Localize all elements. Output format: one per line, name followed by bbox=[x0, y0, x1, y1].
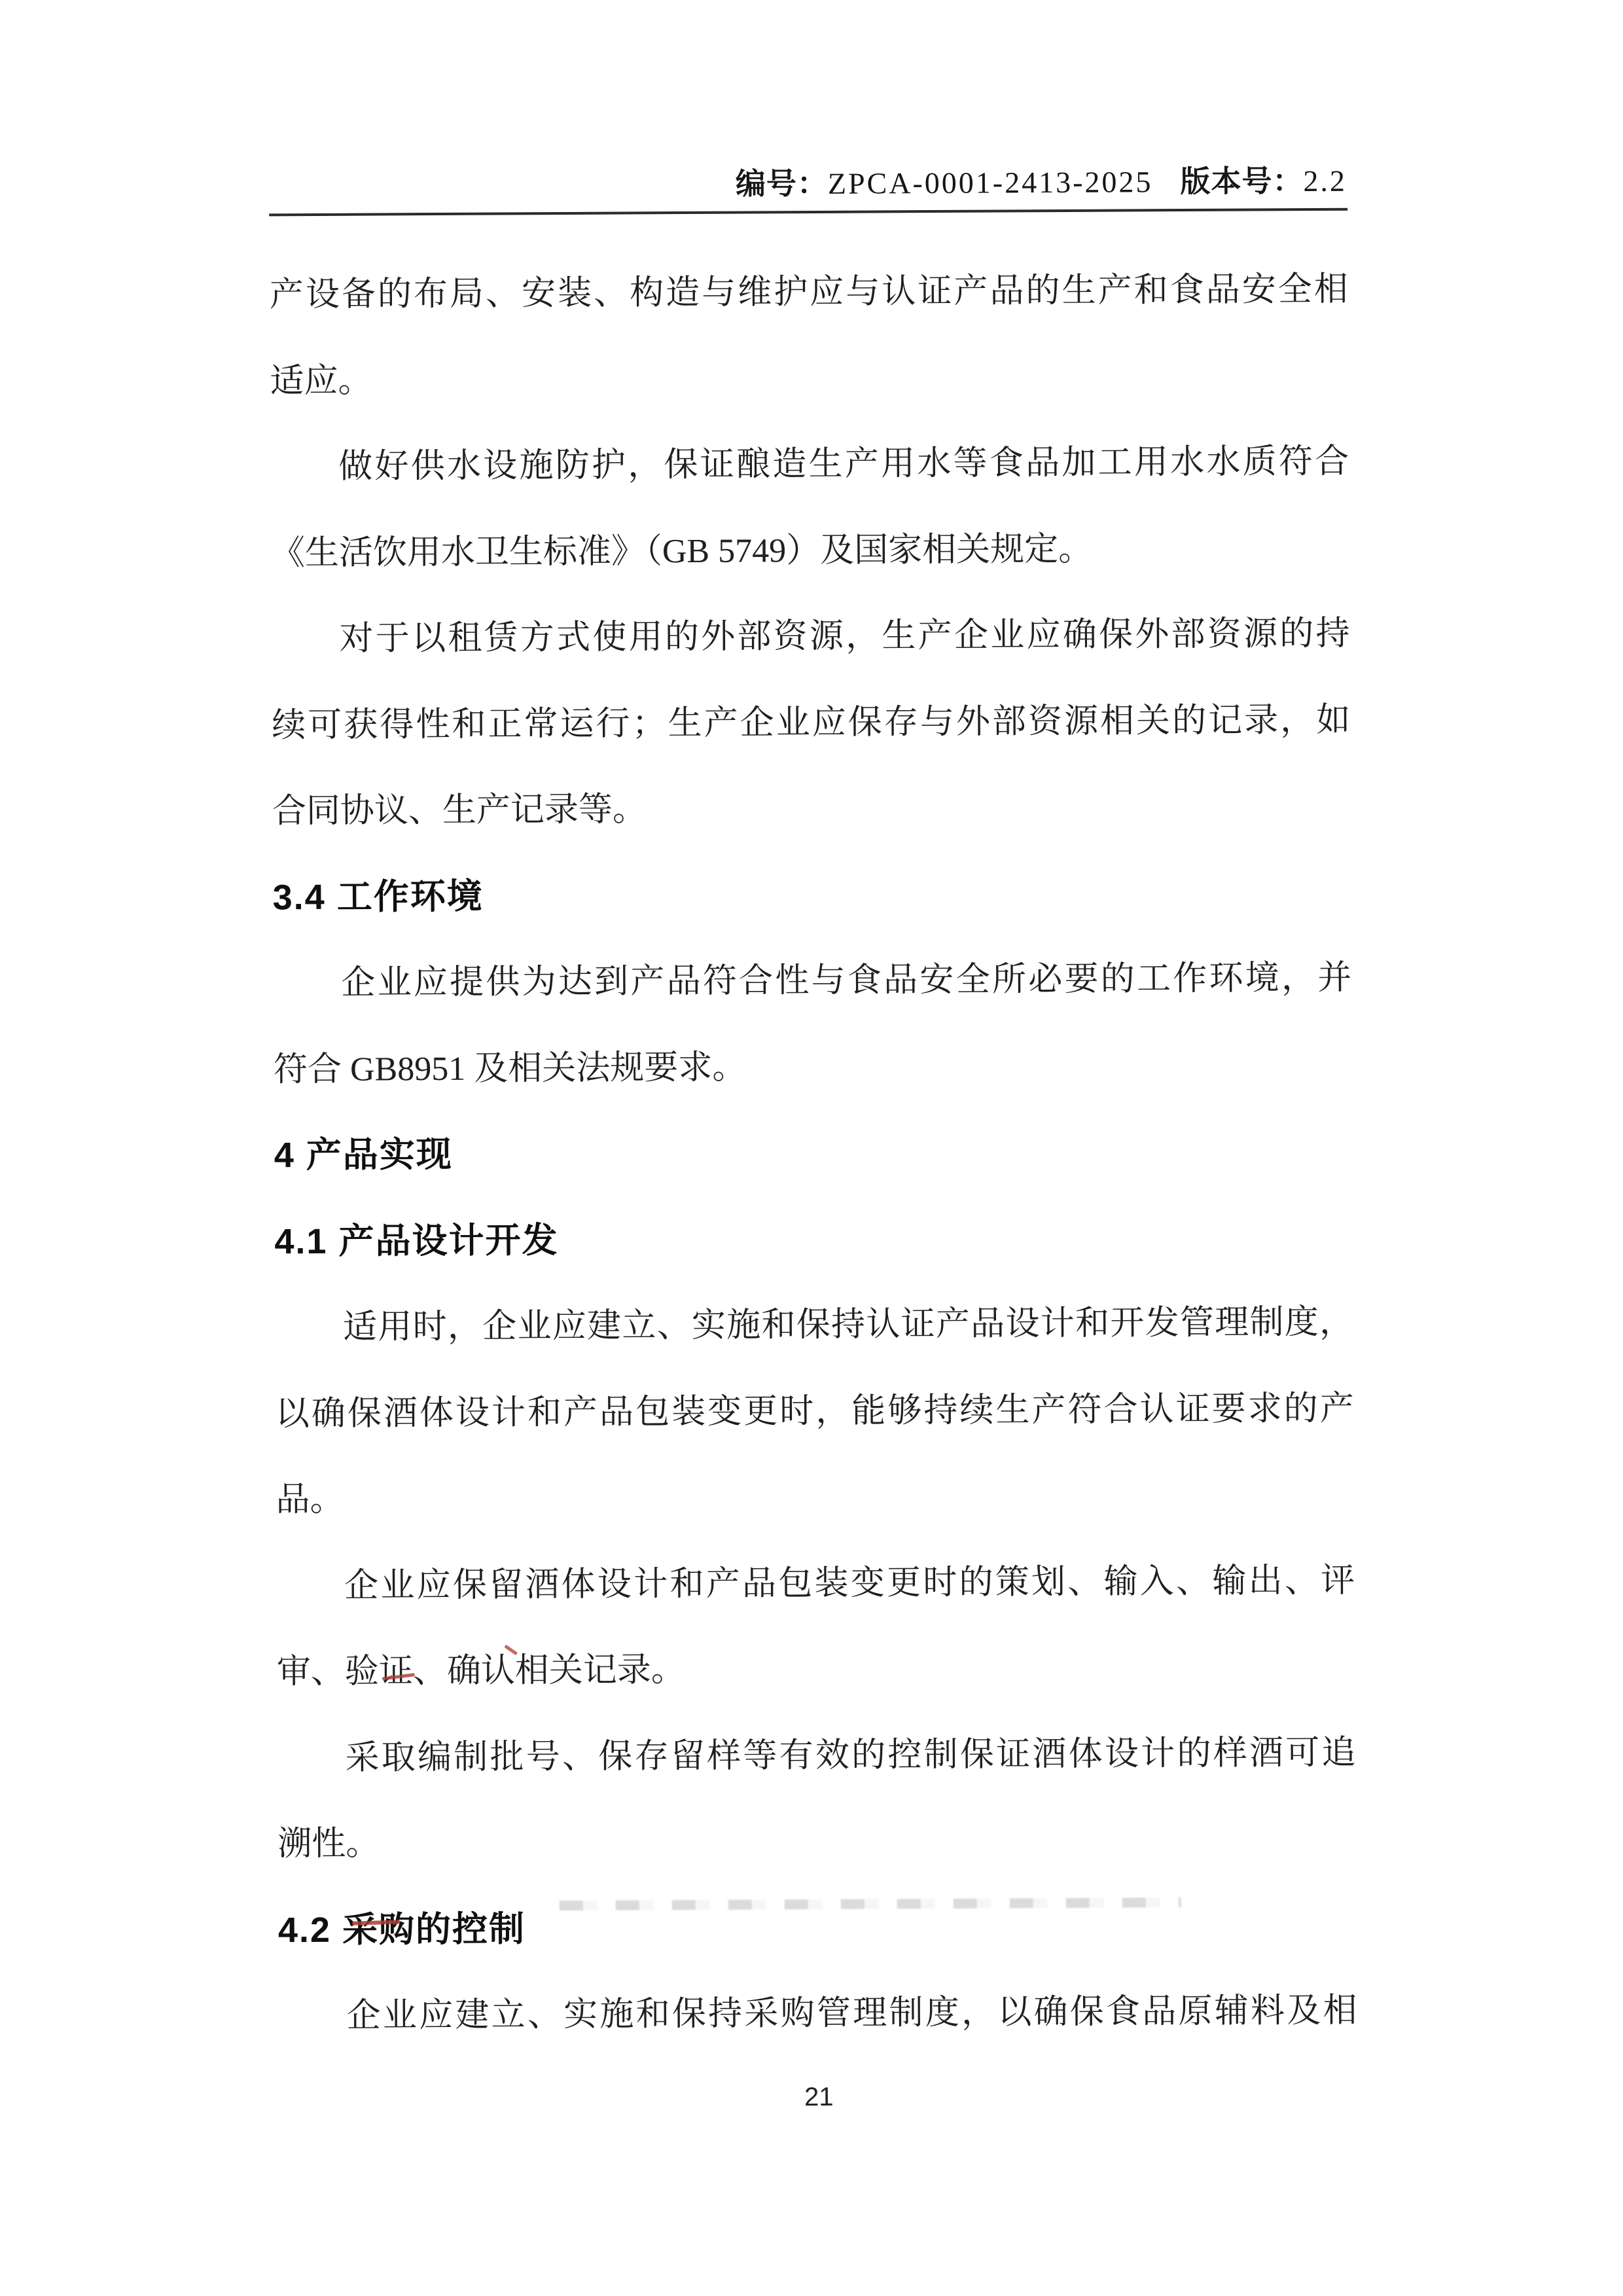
body-text-line: 品。 bbox=[276, 1452, 1355, 1543]
document-body: 产设备的布局、安装、构造与维护应与认证产品的生产和食品安全相适应。做好供水设施防… bbox=[269, 247, 1357, 2060]
doc-number-label: 编号： bbox=[736, 166, 828, 201]
section-heading: 3.4 工作环境 bbox=[272, 849, 1351, 941]
section-heading: 4.2 采购的控制 bbox=[278, 1882, 1357, 1973]
version-value: 2.2 bbox=[1303, 164, 1347, 198]
body-text-line: 《生活饮用水卫生标准》（GB 5749）及国家相关规定。 bbox=[271, 505, 1350, 596]
body-text-line: 审、验证、确认相关记录。 bbox=[277, 1624, 1356, 1715]
body-text-line: 符合 GB8951 及相关法规要求。 bbox=[274, 1021, 1353, 1113]
body-text-line: 对于以租赁方式使用的外部资源，生产企业应确保外部资源的持 bbox=[271, 591, 1350, 683]
body-text-line: 企业应建立、实施和保持采购管理制度，以确保食品原辅料及相 bbox=[278, 1968, 1357, 2060]
version-label: 版本号： bbox=[1180, 164, 1303, 198]
body-text-line: 以确保酒体设计和产品包装变更时，能够持续生产符合认证要求的产 bbox=[275, 1365, 1354, 1457]
body-text-line: 企业应提供为达到产品符合性与食品安全所必要的工作环境，并 bbox=[273, 935, 1352, 1027]
body-text-line: 做好供水设施防护，保证酿造生产用水等食品加工用水水质符合 bbox=[270, 419, 1349, 511]
doc-number-value: ZPCA-0001-2413-2025 bbox=[828, 165, 1153, 200]
page-number: 21 bbox=[7, 2078, 1623, 2116]
header-divider bbox=[269, 208, 1347, 217]
document-page: 编号：ZPCA-0001-2413-2025版本号：2.2 产设备的布局、安装、… bbox=[0, 0, 1623, 2296]
document-header: 编号：ZPCA-0001-2413-2025版本号：2.2 bbox=[736, 157, 1347, 204]
body-text-line: 溯性。 bbox=[277, 1796, 1357, 1888]
body-text-line: 适用时，企业应建立、实施和保持认证产品设计和开发管理制度， bbox=[275, 1280, 1354, 1371]
section-heading: 4 产品实现 bbox=[274, 1107, 1353, 1199]
body-text-line: 续可获得性和正常运行；生产企业应保存与外部资源相关的记录，如 bbox=[272, 677, 1351, 768]
body-text-line: 企业应保留酒体设计和产品包装变更时的策划、输入、输出、评 bbox=[276, 1537, 1355, 1629]
scanned-content: 编号：ZPCA-0001-2413-2025版本号：2.2 产设备的布局、安装、… bbox=[0, 0, 1623, 2296]
body-text-line: 采取编制批号、保存留样等有效的控制保证酒体设计的样酒可追 bbox=[277, 1710, 1356, 1801]
body-text-line: 产设备的布局、安装、构造与维护应与认证产品的生产和食品安全相 bbox=[269, 247, 1348, 338]
body-text-line: 合同协议、生产记录等。 bbox=[272, 763, 1351, 855]
section-heading: 4.1 产品设计开发 bbox=[274, 1193, 1353, 1285]
body-text-line: 适应。 bbox=[270, 332, 1349, 424]
